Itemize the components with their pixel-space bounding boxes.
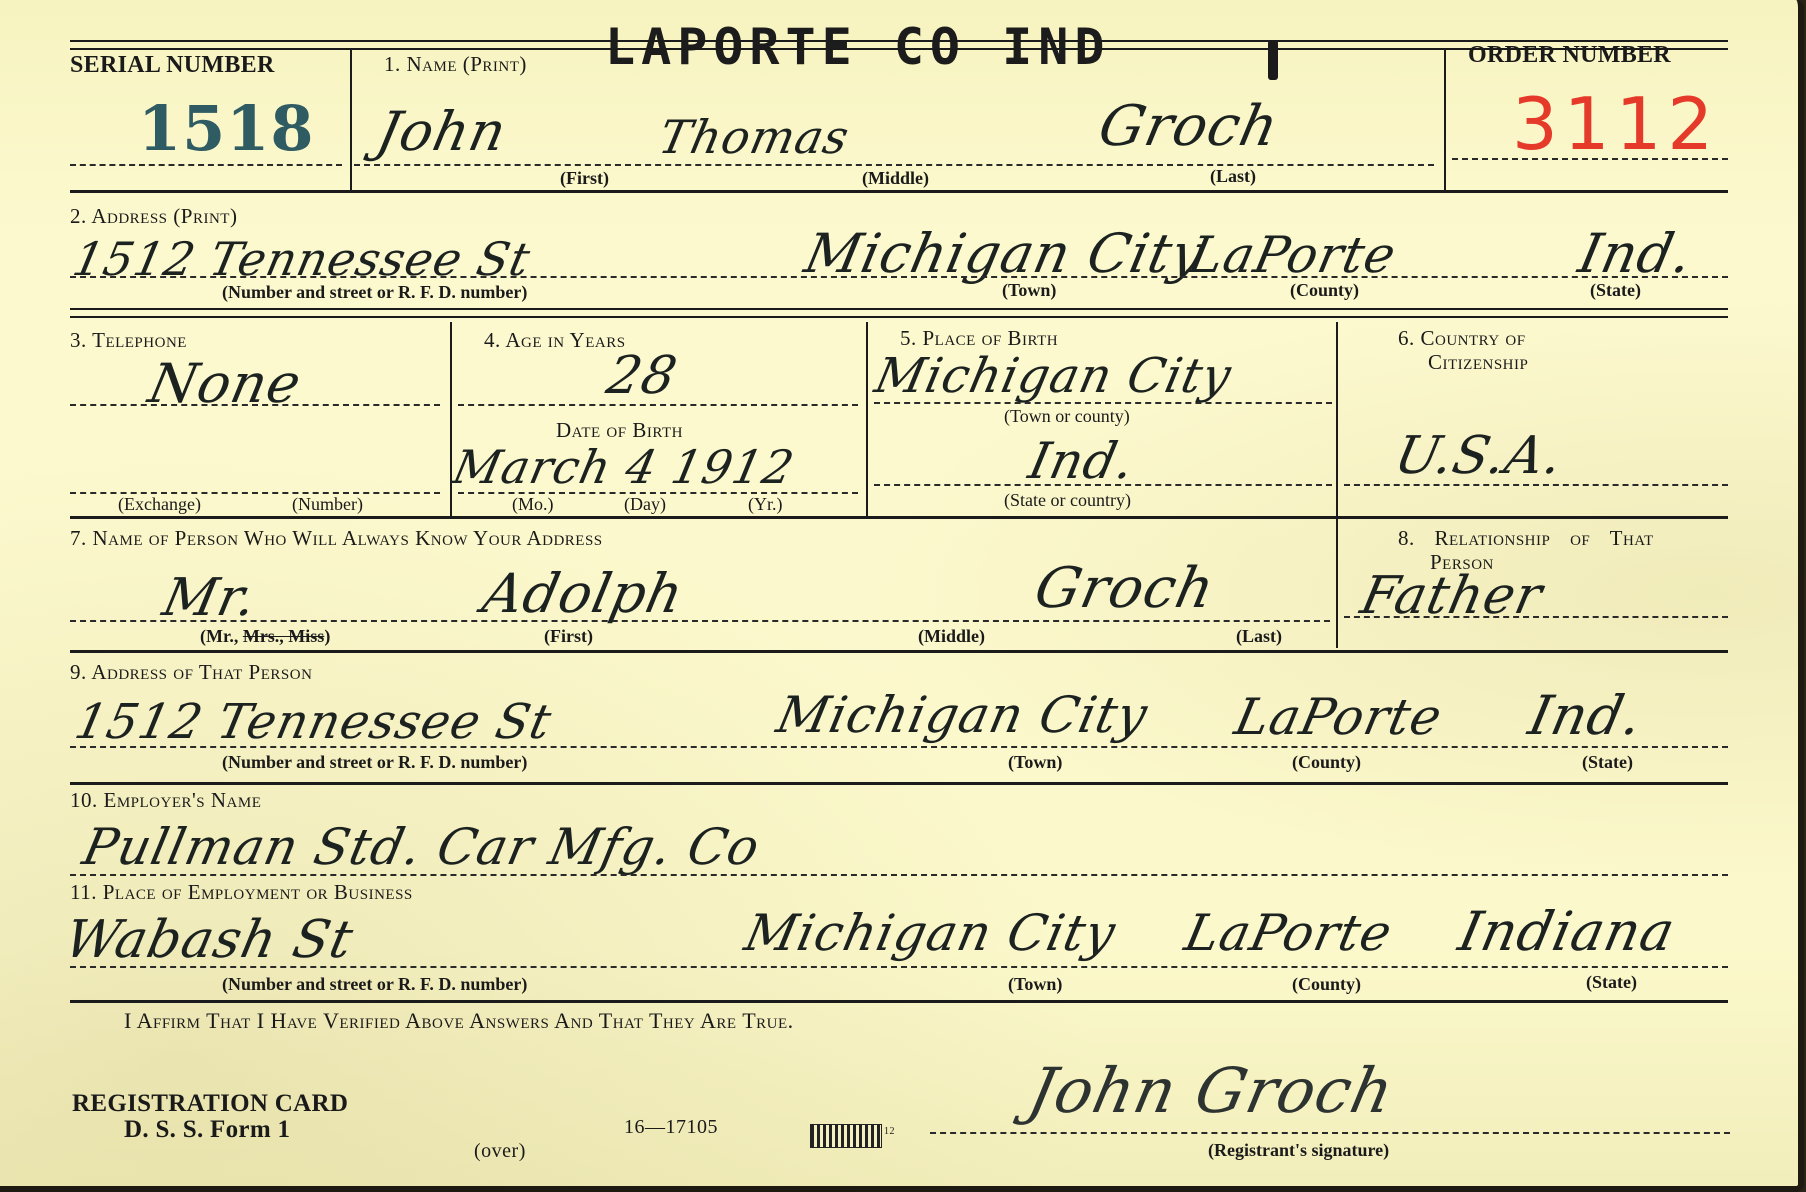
- contact-first: Adolph: [477, 562, 689, 625]
- employment-county: LaPorte: [1180, 904, 1398, 962]
- contact-address-caption-state: (State): [1582, 752, 1633, 773]
- dob-caption-yr: (Yr.): [748, 494, 783, 515]
- contact-dash: [70, 620, 1330, 622]
- union-label-icon: [810, 1124, 882, 1148]
- form-title: REGISTRATION CARD: [72, 1090, 348, 1118]
- address-caption-county: (County): [1290, 280, 1359, 301]
- serial-dash: [70, 164, 342, 166]
- birthplace-town: Michigan City: [870, 348, 1237, 404]
- employment-caption-street: (Number and street or R. F. D. number): [222, 974, 527, 995]
- contact-address-dash: [70, 746, 1728, 748]
- employer-dash: [70, 874, 1728, 876]
- signature-dash: [930, 1132, 1730, 1134]
- address-caption-street: (Number and street or R. F. D. number): [222, 282, 527, 303]
- rule: [70, 782, 1728, 785]
- name-caption-middle: (Middle): [862, 168, 929, 189]
- serial-number-value: 1518: [138, 92, 315, 165]
- contact-address-caption-county: (County): [1292, 752, 1361, 773]
- name-label: 1. Name (Print): [384, 52, 527, 77]
- over-text: (over): [474, 1140, 526, 1163]
- employment-caption-state: (State): [1586, 972, 1637, 993]
- contact-caption-first: (First): [544, 626, 593, 647]
- age-label: 4. Age in Years: [484, 328, 626, 353]
- order-dash: [1452, 158, 1728, 160]
- name-middle: Thomas: [654, 110, 854, 164]
- address-caption-state: (State): [1590, 280, 1641, 301]
- contact-caption-middle: (Middle): [918, 626, 985, 647]
- contact-caption-title: (Mr., Mrs., Miss): [200, 626, 330, 647]
- rule: [70, 308, 1728, 318]
- divider: [1444, 50, 1446, 190]
- employment-town: Michigan City: [740, 904, 1121, 962]
- dob-caption-day: (Day): [624, 494, 666, 515]
- employment-place-label: 11. Place of Employment or Business: [70, 880, 413, 905]
- relationship-dash: [1344, 616, 1728, 618]
- contact-last: Groch: [1029, 556, 1220, 621]
- registrant-signature: John Groch: [1022, 1054, 1400, 1127]
- citizenship-value: U.S.A.: [1390, 426, 1569, 486]
- birthplace-state: Ind.: [1024, 432, 1140, 490]
- divider: [866, 322, 868, 518]
- contact-address-caption-town: (Town): [1008, 752, 1062, 773]
- name-caption-last: (Last): [1210, 166, 1256, 187]
- contact-caption-last: (Last): [1236, 626, 1282, 647]
- telephone-caption-number: (Number): [292, 494, 363, 515]
- union-suffix: 12: [884, 1126, 895, 1137]
- telephone-caption-exchange: (Exchange): [118, 494, 201, 515]
- contact-address-county: LaPorte: [1230, 688, 1448, 746]
- rule: [70, 1000, 1728, 1003]
- employment-dash: [70, 966, 1728, 968]
- rule: [70, 516, 1728, 519]
- telephone-dash: [70, 404, 440, 406]
- employer-value: Pullman Std. Car Mfg. Co: [78, 818, 765, 876]
- contact-address-street: 1512 Tennessee St: [70, 694, 557, 750]
- citizenship-label-1: 6. Country of: [1398, 326, 1526, 351]
- contact-caption-mr: (Mr.,: [200, 626, 243, 646]
- relationship-label-1: 8. Relationship of That: [1398, 526, 1654, 551]
- divider: [1336, 518, 1338, 648]
- employer-label: 10. Employer's Name: [70, 788, 261, 813]
- dob-caption-mo: (Mo.): [512, 494, 554, 515]
- form-number: D. S. S. Form 1: [124, 1116, 290, 1144]
- divider: [1336, 322, 1338, 518]
- birthplace-dash-2: [874, 484, 1332, 486]
- name-dash: [354, 164, 1434, 166]
- divider: [350, 50, 352, 190]
- birthplace-caption-state: (State or country): [1004, 490, 1131, 511]
- address-label: 2. Address (Print): [70, 204, 237, 229]
- citizenship-dash: [1344, 484, 1728, 486]
- name-first: John: [371, 100, 512, 163]
- rule: [70, 650, 1728, 653]
- serial-number-label: SERIAL NUMBER: [70, 52, 275, 79]
- birthplace-caption-town: (Town or county): [1004, 406, 1130, 427]
- age-dash: [458, 404, 858, 406]
- telephone-label: 3. Telephone: [70, 328, 187, 353]
- employment-caption-town: (Town): [1008, 974, 1062, 995]
- contact-title: Mr.: [158, 568, 263, 628]
- affirmation-text: I Affirm That I Have Verified Above Answ…: [124, 1008, 794, 1034]
- order-number-label: ORDER NUMBER: [1468, 42, 1671, 69]
- age-value: 28: [602, 346, 683, 406]
- employment-street: Wabash St: [60, 910, 359, 970]
- citizenship-label-2: Citizenship: [1428, 350, 1528, 375]
- rule: [70, 190, 1728, 193]
- contact-address-town: Michigan City: [772, 686, 1153, 744]
- contact-address-caption-street: (Number and street or R. F. D. number): [222, 752, 527, 773]
- address-dash: [70, 276, 1728, 278]
- name-caption-first: (First): [560, 168, 609, 189]
- employment-caption-county: (County): [1292, 974, 1361, 995]
- signature-caption: (Registrant's signature): [1208, 1140, 1389, 1161]
- order-number-value: 3112: [1512, 82, 1719, 166]
- address-caption-town: (Town): [1002, 280, 1056, 301]
- contact-caption-end: ): [324, 626, 330, 646]
- name-last: Groch: [1093, 94, 1284, 159]
- contact-caption-struck: Mrs., Miss: [243, 626, 324, 646]
- registration-card: LAPORTE CO IND SERIAL NUMBER 1518 1. Nam…: [0, 0, 1804, 1192]
- employment-state: Indiana: [1453, 900, 1681, 963]
- contact-label: 7. Name of Person Who Will Always Know Y…: [70, 526, 603, 551]
- print-code: 16—17105: [624, 1116, 718, 1139]
- dob-value: March 4 1912: [448, 440, 799, 494]
- contact-address-state: Ind.: [1523, 684, 1648, 747]
- birthplace-dash: [874, 402, 1332, 404]
- contact-address-label: 9. Address of That Person: [70, 660, 312, 685]
